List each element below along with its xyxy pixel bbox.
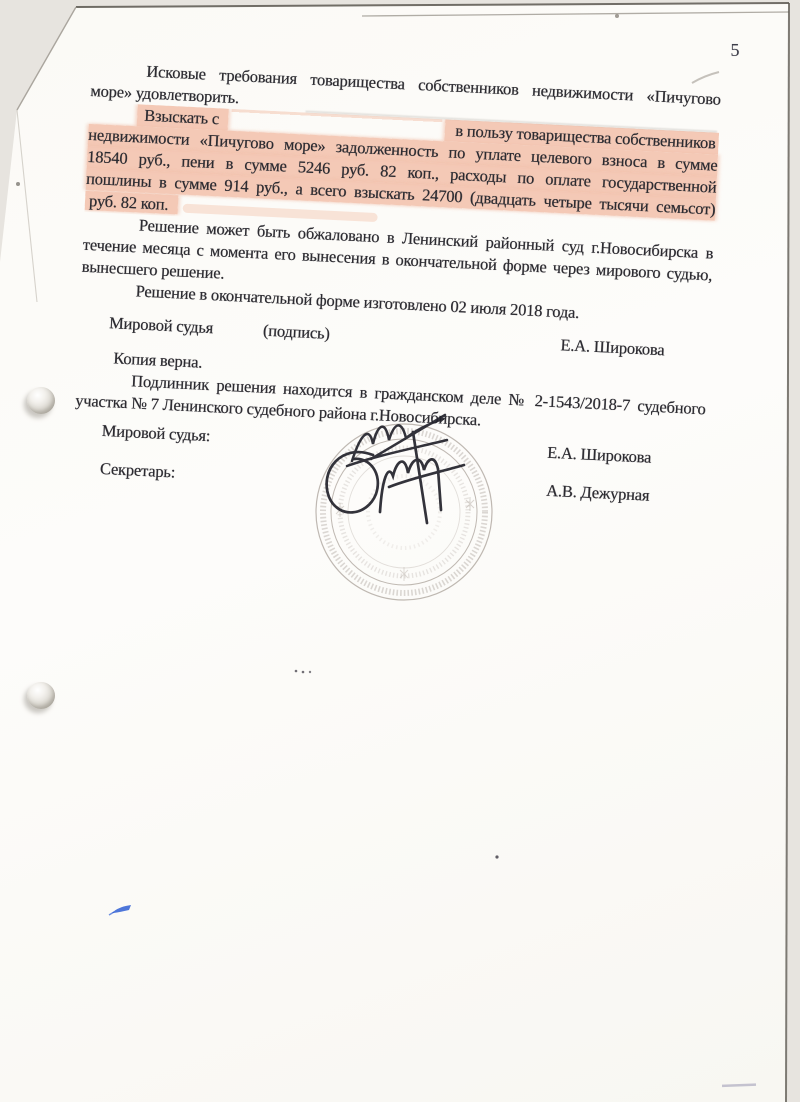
judge-title-label: Мировой судья:	[73, 419, 210, 448]
scanned-court-decision-page: Исковые требования товарищества собствен…	[0, 0, 800, 1102]
highlighted-text: руб. 82 коп.	[85, 191, 179, 215]
judge-name: Е.А. Широкова	[547, 442, 652, 469]
judge-title-label: Мировой судья	[79, 311, 214, 340]
document-text-block: Исковые требования товарищества собствен…	[71, 58, 721, 509]
binder-fastener-top	[27, 387, 55, 414]
binder-fastener-bottom	[27, 682, 55, 709]
signature-note: (подпись)	[262, 320, 330, 345]
page-number: 5	[720, 40, 750, 61]
judge-name: Е.А. Широкова	[560, 334, 665, 361]
